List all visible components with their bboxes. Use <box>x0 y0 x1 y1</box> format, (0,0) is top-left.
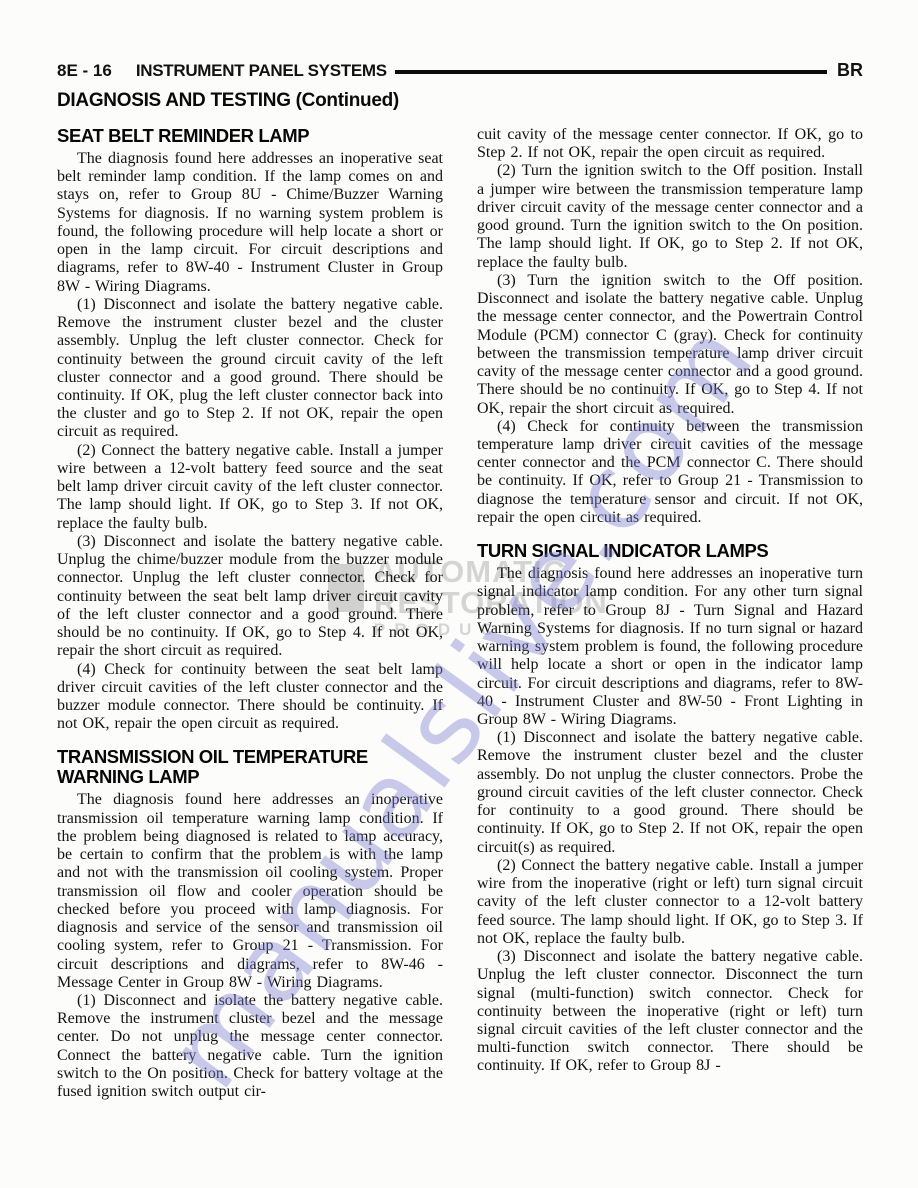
body-paragraph: (2) Connect the battery negative cable. … <box>57 442 443 533</box>
page-number: 8E - 16 <box>57 61 112 81</box>
right-column: cuit cavity of the message center connec… <box>477 126 863 1101</box>
section-heading: TRANSMISSION OIL TEMPERATURE WARNING LAM… <box>57 747 443 787</box>
body-paragraph: (3) Disconnect and isolate the battery n… <box>57 533 443 661</box>
body-paragraph: The diagnosis found here addresses an in… <box>57 791 443 992</box>
body-paragraph: (1) Disconnect and isolate the battery n… <box>57 296 443 442</box>
body-paragraph: The diagnosis found here addresses an in… <box>477 565 863 729</box>
body-paragraph: (2) Turn the ignition switch to the Off … <box>477 162 863 271</box>
section-continued-title: DIAGNOSIS AND TESTING (Continued) <box>57 90 399 112</box>
two-column-body: SEAT BELT REMINDER LAMPThe diagnosis fou… <box>57 126 863 1101</box>
header-rule <box>395 70 827 74</box>
body-paragraph: The diagnosis found here addresses an in… <box>57 150 443 296</box>
section-heading: SEAT BELT REMINDER LAMP <box>57 126 443 146</box>
model-code: BR <box>837 60 863 81</box>
left-column: SEAT BELT REMINDER LAMPThe diagnosis fou… <box>57 126 443 1101</box>
body-paragraph: (3) Turn the ignition switch to the Off … <box>477 272 863 418</box>
body-paragraph: (1) Disconnect and isolate the battery n… <box>477 729 863 857</box>
body-paragraph: (2) Connect the battery negative cable. … <box>477 857 863 948</box>
body-paragraph: cuit cavity of the message center connec… <box>477 126 863 162</box>
body-paragraph: (4) Check for continuity between the sea… <box>57 661 443 734</box>
section-heading: TURN SIGNAL INDICATOR LAMPS <box>477 541 863 561</box>
body-paragraph: (4) Check for continuity between the tra… <box>477 418 863 527</box>
manual-page: 8E - 16 INSTRUMENT PANEL SYSTEMS BR DIAG… <box>0 0 918 1188</box>
page-title: INSTRUMENT PANEL SYSTEMS <box>136 61 387 81</box>
body-paragraph: (3) Disconnect and isolate the battery n… <box>477 948 863 1076</box>
page-header: 8E - 16 INSTRUMENT PANEL SYSTEMS BR <box>57 60 863 81</box>
body-paragraph: (1) Disconnect and isolate the battery n… <box>57 992 443 1101</box>
